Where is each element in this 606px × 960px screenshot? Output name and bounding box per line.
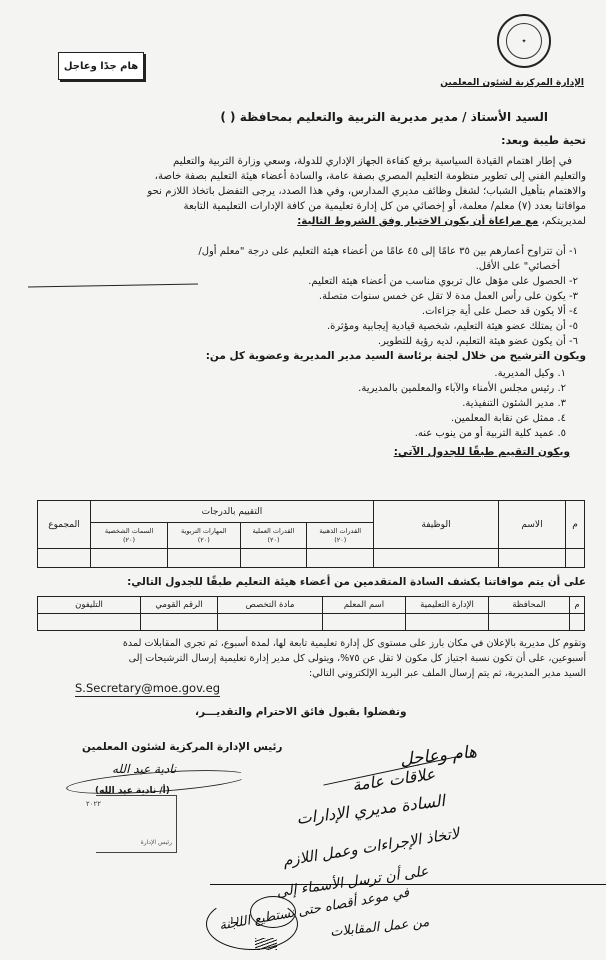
condition-item-continued: أخصائي" على الأقل. [18,259,578,274]
col-mental-abilities: القدرات الذهنية(٢٠) [307,523,374,549]
official-stamp: ٢٠٢٢ رئيس الإدارة [96,795,177,853]
signatory-title: رئيس الإدارة المركزية لشئون المعلمين [82,741,282,753]
handwritten-loop [206,898,298,950]
sub-column-points: (٢٠) [334,536,346,544]
conditions-list: ١- أن تتراوح أعمارهم بين ٣٥ عامًا إلى ٤٥… [18,244,578,349]
sub-column-label: القدرات العملية [253,527,295,535]
table-cell [489,614,570,631]
candidates-table: م المحافظة الإدارة التعليمية اسم المعلم … [37,596,585,631]
email-address[interactable]: S.Secretary@moe.gov.eg [75,681,220,697]
col-number: م [566,501,585,549]
col-number: م [570,597,585,614]
handwritten-note-line: السادة مديري الإدارات [295,791,445,828]
col-educational-skills: المهارات التربوية(٢٠) [168,523,240,549]
col-phone: التليفون [38,597,141,614]
candidates-intro: على أن يتم موافاتنا بكشف السادة المتقدمي… [127,576,586,588]
table-cell [141,614,218,631]
condition-item: ٥- أن يمتلك عضو هيئة التعليم، شخصية قياد… [18,319,578,334]
greeting: تحية طيبة وبعد: [501,134,586,147]
addressee-line: السيد الأستاذ / مدير مديرية التربية والت… [220,110,548,124]
table-cell [38,549,91,568]
sub-column-points: (٢٠) [267,536,279,544]
paragraph-line: والتعليم الفني إلى تطوير منظومة التعليم … [16,169,586,184]
announcement-paragraph: وتقوم كل مديرية بالإعلان في مكان بارز عل… [16,636,586,681]
handwritten-number: ١١ [228,914,240,927]
handwritten-note-line: علاقات عامة [351,764,436,794]
col-teacher-name: اسم المعلم [323,597,406,614]
table-cell [218,614,323,631]
col-practical-abilities: القدرات العملية(٢٠) [240,523,307,549]
paragraph-line: في إطار اهتمام القيادة السياسية برفع كفا… [16,154,586,169]
ministry-logo: ✦ [497,14,551,68]
closing-salutation: وتفضلوا بقبول فائق الاحترام والتقديـــر، [195,706,406,718]
committee-member: ٤. ممثل عن نقابة المعلمين. [358,411,566,426]
urgent-label-box: هام جدًا وعاجل [58,52,144,80]
committee-member: ٣. مدير الشئون التنفيذية. [358,396,566,411]
table-row [38,614,585,631]
sub-column-label: المهارات التربوية [181,527,226,535]
condition-item: ٦- أن يكون عضو هيئة التعليم، لديه رؤية ل… [18,334,578,349]
handwritten-rule-line [210,884,606,885]
table-cell [374,549,499,568]
evaluation-intro: ويكون التقييم طبقًا للجدول الآتي: [394,446,570,458]
stamp-text: رئيس الإدارة [141,839,172,846]
document-page: ✦ الإدارة المركزية لشئون المعلمين هام جد… [0,0,606,960]
conditions-heading: مع مراعاة أن يكون الاختيار وفق الشروط ال… [297,216,538,227]
col-job: الوظيفة [374,501,499,549]
sub-column-label: القدرات الذهنية [319,527,361,535]
col-governorate: المحافظة [489,597,570,614]
paragraph-line: لمديريتكم، مع مراعاة أن يكون الاختيار وف… [16,214,586,229]
paragraph-text: لمديريتكم، [538,216,586,227]
committee-member: ٥. عميد كلية التربية أو من ينوب عنه. [358,426,566,441]
committee-member: ٢. رئيس مجلس الأمناء والآباء والمعلمين ب… [358,381,566,396]
table-cell [168,549,240,568]
paragraph-line: السيد مدير المديرية، ثم يتم إرسال الملف … [16,666,586,681]
table-cell [323,614,406,631]
handwritten-note-line: لاتخاذ الإجراءات وعمل اللازم [282,824,461,870]
committee-members-list: ١. وكيل المديرية. ٢. رئيس مجلس الأمناء و… [358,366,566,441]
table-cell [91,549,168,568]
sub-column-label: السمات الشخصية [105,527,153,535]
table-row [38,549,585,568]
col-group-evaluation: التقييم بالدرجات [91,501,374,523]
paragraph-line: موافاتنا بعدد (٧) معلم/ معلمة، أو إخصائي… [16,199,586,214]
paragraph-line: أسبوعين، على أن تكون نسبة اجتياز كل مكون… [16,651,586,666]
col-personal-traits: السمات الشخصية(٢٠) [91,523,168,549]
col-education-admin: الإدارة التعليمية [406,597,489,614]
col-specialization: مادة التخصص [218,597,323,614]
table-cell [307,549,374,568]
evaluation-table: م الاسم الوظيفة التقييم بالدرجات المجموع… [37,500,585,568]
stamp-date: ٢٠٢٢ [86,800,101,808]
handwritten-note-line: من عمل المقابلات [329,915,430,940]
ministry-seal-icon: ✦ [506,23,542,59]
sub-column-points: (٢٠) [198,536,210,544]
condition-item: ١- أن تتراوح أعمارهم بين ٣٥ عامًا إلى ٤٥… [18,244,578,259]
col-name: الاسم [499,501,566,549]
col-national-id: الرقم القومي [141,597,218,614]
table-cell [499,549,566,568]
department-header: الإدارة المركزية لشئون المعلمين [440,78,584,88]
paragraph-line: وتقوم كل مديرية بالإعلان في مكان بارز عل… [16,636,586,651]
handwritten-hatching [255,938,277,950]
table-cell [570,614,585,631]
table-cell [240,549,307,568]
committee-member: ١. وكيل المديرية. [358,366,566,381]
committee-intro: ويكون الترشيح من خلال لجنة برئاسة السيد … [206,350,586,362]
condition-item: ٣- يكون على رأس العمل مدة لا تقل عن خمس … [18,289,578,304]
table-cell [406,614,489,631]
intro-paragraph: في إطار اهتمام القيادة السياسية برفع كفا… [16,154,586,229]
condition-item: ٤- ألا يكون قد حصل على أية جزاءات. [18,304,578,319]
table-cell [566,549,585,568]
paragraph-line: والاهتمام بتأهيل الشباب؛ لشغل وظائف مدير… [16,184,586,199]
table-cell [38,614,141,631]
sub-column-points: (٢٠) [123,536,135,544]
col-total: المجموع [38,501,91,549]
